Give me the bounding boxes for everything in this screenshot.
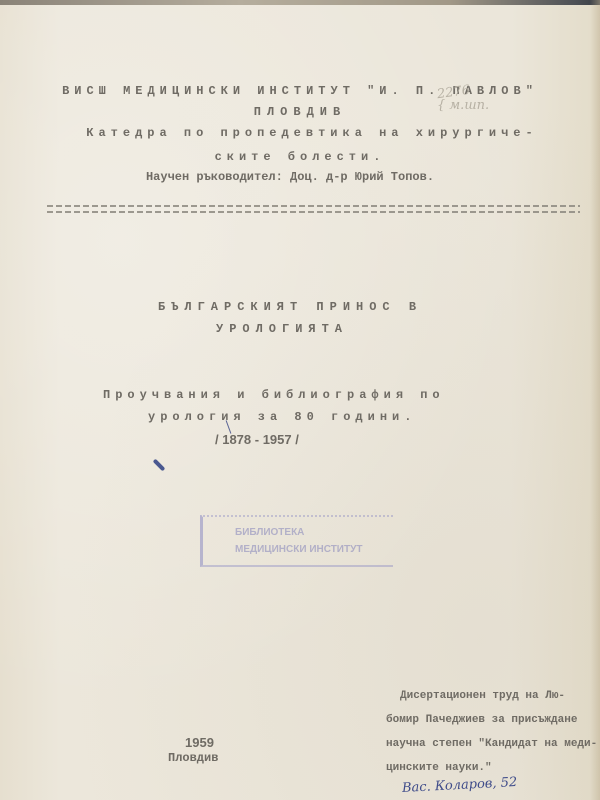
- institute-name: ВИСШ МЕДИЦИНСКИ ИНСТИТУТ "И. П. ПАВЛОВ": [0, 84, 600, 98]
- scientific-supervisor: Научен ръководител: Доц. д-р Юрий Топов.: [0, 170, 590, 184]
- dissertation-line-4: цинските науки.": [386, 762, 492, 774]
- subtitle-line-2: урология за 80 години.: [148, 410, 416, 424]
- library-stamp: БИБЛИОТЕКА МЕДИЦИНСКИ ИНСТИТУТ: [200, 515, 393, 567]
- separator-line-bottom: [47, 211, 580, 213]
- archive-annotation: { м.шп.: [437, 98, 489, 113]
- department-line-1: Катедра по пропедевтика на хирургиче-: [12, 126, 600, 140]
- publication-year: 1959: [185, 735, 214, 750]
- publication-city: Пловдив: [168, 751, 218, 765]
- department-line-2: ските болести.: [0, 150, 600, 164]
- dissertation-line-2: бомир Пачеджиев за присъждане: [386, 714, 577, 726]
- scanned-document-page: ВИСШ МЕДИЦИНСКИ ИНСТИТУТ "И. П. ПАВЛОВ" …: [0, 0, 600, 800]
- paper-right-edge: [590, 0, 600, 800]
- stamp-line-1: БИБЛИОТЕКА: [235, 527, 304, 538]
- separator-line-top: [47, 205, 580, 207]
- ink-blot-mark: [153, 459, 166, 472]
- thesis-title-line-1: БЪЛГАРСКИЯТ ПРИНОС В: [158, 300, 422, 314]
- stamp-line-2: МЕДИЦИНСКИ ИНСТИТУТ: [235, 544, 362, 555]
- handwritten-address: Вас. Коларов, 52: [402, 775, 518, 796]
- scan-top-edge: [0, 0, 600, 5]
- dissertation-line-1: Дисертационен труд на Лю-: [400, 690, 565, 702]
- subtitle-line-1: Проучвания и библиография по: [103, 388, 445, 402]
- period-range: / 1878 - 1957 /: [215, 432, 299, 447]
- institute-city: ПЛОВДИВ: [0, 105, 600, 119]
- thesis-title-line-2: УРОЛОГИЯТА: [216, 322, 348, 336]
- dissertation-line-3: научна степен "Кандидат на меди-: [386, 738, 597, 750]
